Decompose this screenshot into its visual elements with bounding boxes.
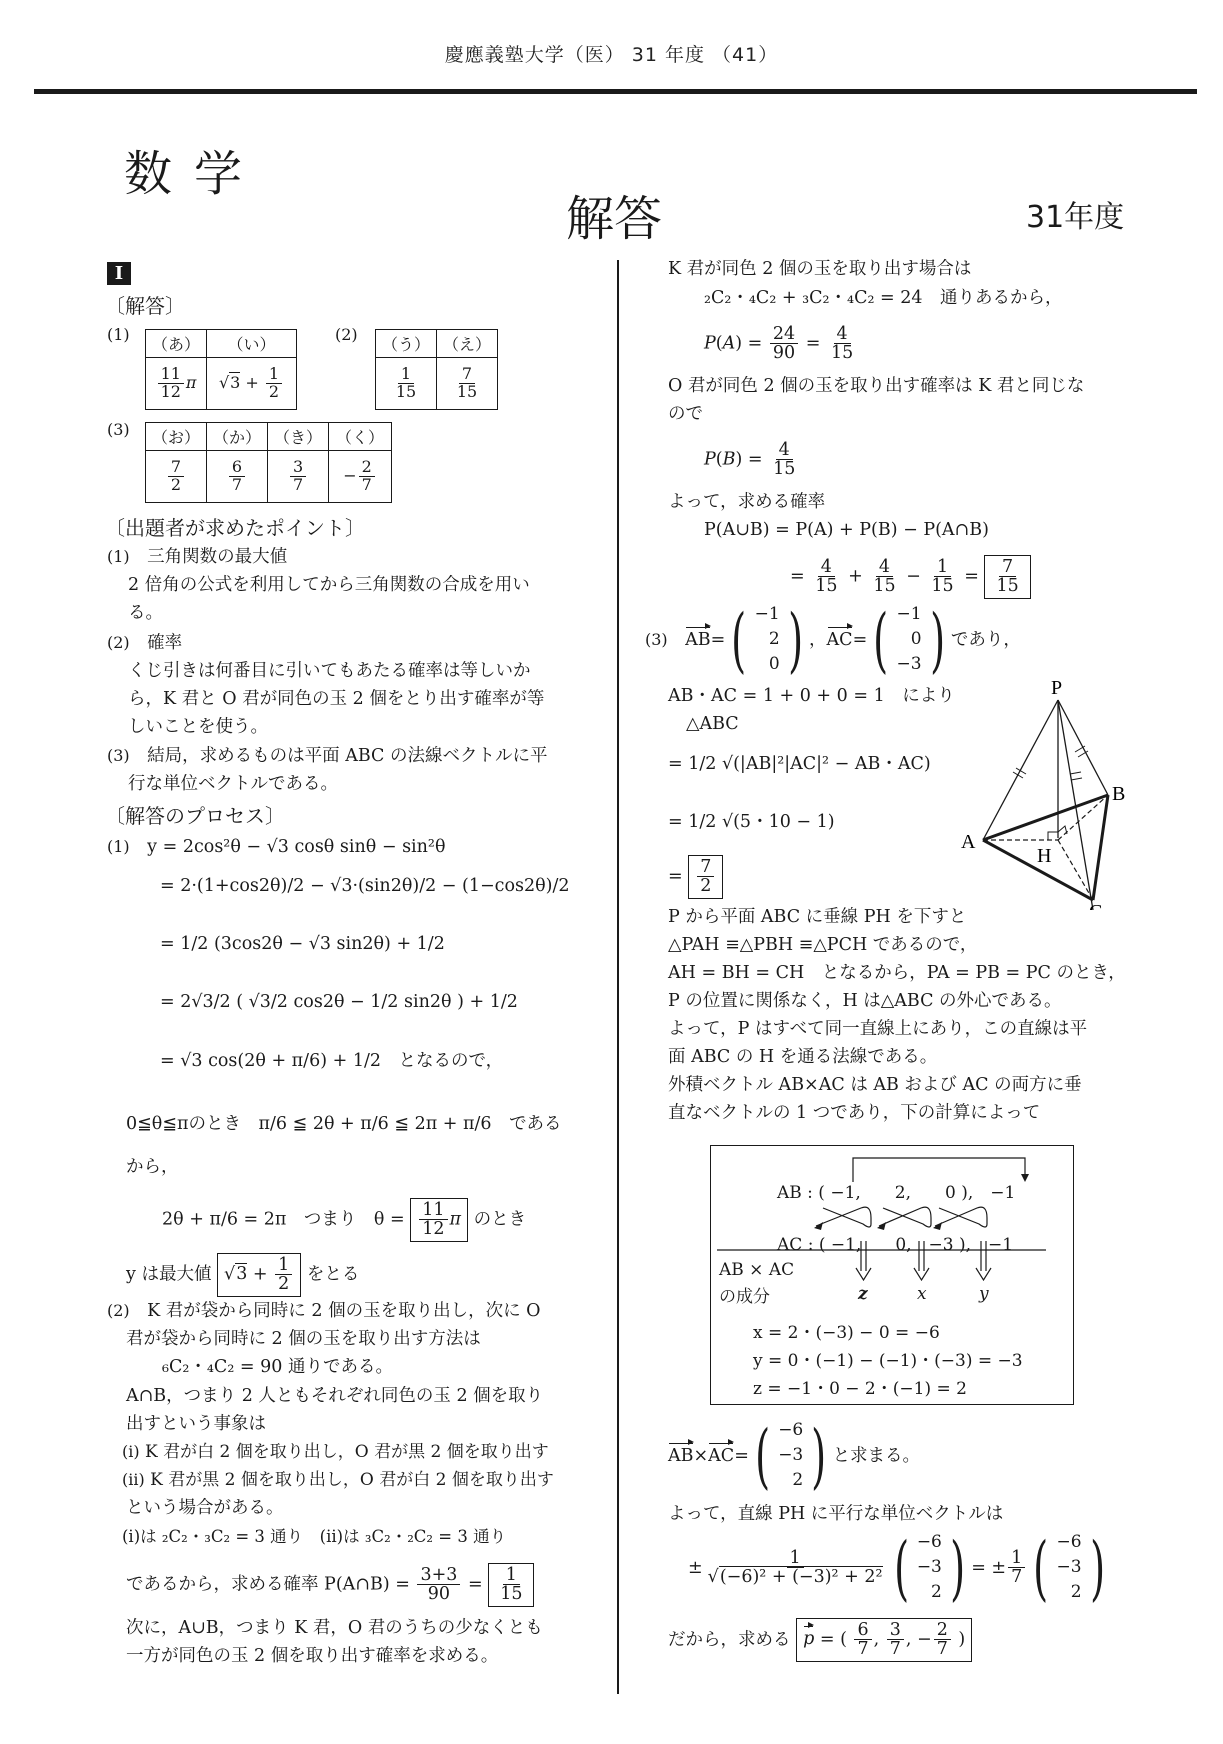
answer-e: 715 — [437, 358, 498, 410]
vertex-label-b: B — [1112, 783, 1125, 805]
point-text: 行な単位ベクトルである。 — [128, 770, 338, 798]
result-label: AB × AC — [719, 1260, 794, 1280]
answer-u: 115 — [376, 358, 437, 410]
point-text: しいことを使う。 — [128, 713, 268, 741]
point-text: ら，K 君と O 君が同色の玉 2 個をとり出す確率が等 — [128, 685, 544, 713]
union-calc-line: = 415 + 415 − 115 = 715 — [790, 555, 1031, 599]
range-line: 0≦θ≦πのとき π/6 ≦ 2θ + π/6 ≦ 2π + π/6 である — [126, 1110, 562, 1138]
vector-ac: (−10−3) — [867, 602, 951, 677]
vec-item: −3 — [897, 652, 922, 677]
problem-number-badge: I — [107, 262, 131, 285]
vec-item: −3 — [778, 1443, 803, 1468]
boxed-answer-p-union: 715 — [984, 555, 1030, 599]
vector-ab: (−120) — [725, 602, 809, 677]
case-label: (i) — [122, 1442, 140, 1461]
answer-table-2: （う）（え） 115 715 — [375, 329, 498, 410]
text: 出すという事象は — [126, 1410, 266, 1438]
text: 外積ベクトル AB×AC は AB および AC の両方に垂 — [668, 1071, 1082, 1099]
text: O 君が同色 2 個の玉を取り出す確率は K 君と同じな — [668, 372, 1084, 400]
text: 次に，A∪B，つまり K 君，O 君のうちの少なくとも — [126, 1614, 543, 1642]
vec-item: −6 — [1057, 1530, 1082, 1555]
text: 君が袋から同時に 2 個の玉を取り出す方法は — [126, 1325, 481, 1353]
case-ii: (ii) K 君が黒 2 個を取り出し，O 君が白 2 個を取り出す — [122, 1466, 554, 1494]
vector-ac-label: AC — [708, 1442, 734, 1470]
table-header: （う） — [376, 330, 437, 358]
equation: ₆C₂・₄C₂ = 90 通りである。 — [162, 1353, 393, 1381]
table-header: （く） — [329, 423, 392, 451]
answer-ki: 37 — [268, 451, 329, 503]
unit-vec-col: (−6−32) — [888, 1530, 972, 1605]
header-rule — [34, 89, 1197, 94]
case-text: K 君が黒 2 個を取り出し，O 君が白 2 個を取り出す — [150, 1470, 554, 1490]
text: 直なベクトルの 1 つであり，下の計算によって — [668, 1099, 1040, 1127]
max-value-line: y は最大値 √3 + 12 をとる — [126, 1253, 359, 1297]
p-intersect-line: であるから，求める確率 P(A∩B) = 3+390 = 115 — [126, 1563, 534, 1607]
vec-item: 2 — [792, 1468, 803, 1493]
table-header: （か） — [207, 423, 268, 451]
vectors-line: (3) AB = (−120)， AC = (−10−3) であり， — [645, 602, 1021, 677]
vec-item: −6 — [778, 1418, 803, 1443]
vec-item: 2 — [769, 627, 780, 652]
subject-title: 数学 — [124, 135, 264, 204]
equation: = 1/2 √(|AB|²|AC|² − AB・AC) — [668, 750, 931, 778]
text: よって，求める確率 — [668, 488, 825, 516]
process1-eq1: (1) y = 2cos²θ − √3 cosθ sinθ − sin²θ — [107, 833, 445, 861]
year-label: 31年度 — [1026, 192, 1124, 236]
component-x: x — [917, 1284, 927, 1304]
z-equation: z = −1・0 − 2・(−1) = 2 — [753, 1374, 967, 1399]
point-title: 確率 — [147, 633, 182, 653]
text: という場合がある。 — [126, 1494, 284, 1522]
range-eq: π/6 ≦ 2θ + π/6 ≦ 2π + π/6 — [259, 1114, 492, 1134]
answer-table-1: （あ）（い） 1112π √3 + 12 — [145, 329, 297, 410]
boxed-answer-theta: 1112π — [410, 1198, 468, 1242]
text: のとき — [474, 1209, 527, 1229]
point-2: (2) 確率 — [107, 629, 182, 657]
section-title: 解答 — [566, 180, 662, 249]
equation-tail: となるので， — [399, 1051, 504, 1071]
point-title: 三角関数の最大値 — [147, 547, 287, 567]
text: A∩B，つまり 2 人ともそれぞれ同色の玉 2 個を取り — [126, 1382, 543, 1410]
equation: = 2√3/2 ( √3/2 cos2θ − 1/2 sin2θ ) + 1/2 — [160, 988, 518, 1016]
range-lead: 0≦θ≦πのとき — [126, 1114, 241, 1134]
vertex-label-h: H — [1037, 845, 1051, 867]
vector-ab-label: AB — [685, 626, 711, 654]
vec-item: 2 — [1071, 1580, 1082, 1605]
point-3: (3) 結局，求めるものは平面 ABC の法線ベクトルに平 — [107, 742, 548, 770]
range-tail: である — [509, 1114, 562, 1134]
text: だから，求める — [668, 1626, 791, 1654]
text: y は最大値 — [126, 1264, 211, 1284]
cross-result-vector: (−6−32) — [749, 1418, 833, 1493]
dot-line: AB・AC = 1 + 0 + 0 = 1 により — [668, 682, 955, 710]
answer-heading: 〔解答〕 — [105, 290, 185, 319]
result-label: の成分 — [719, 1282, 770, 1307]
ac-row: AC : ( −1, 0, −3 ), −1 — [777, 1230, 1013, 1255]
process2-intro: (2) K 君が袋から同時に 2 個の玉を取り出し，次に O — [107, 1297, 540, 1325]
text: K 君が同色 2 個の玉を取り出す場合は — [668, 255, 971, 283]
running-header: 慶應義塾大学（医） 31 年度 （41） — [0, 40, 1223, 67]
text: P の位置に関係なく，H は△ABC の外心である。 — [668, 987, 1062, 1015]
text: AH = BH = CH となるから，PA = PB = PC のとき， — [668, 959, 1126, 987]
text: よって，P はすべて同一直線上にあり，この直線は平 — [668, 1015, 1087, 1043]
text: △ABC — [686, 710, 739, 738]
pB-line: P(B) = 415 — [704, 441, 800, 479]
equation: (i)は ₂C₂・₃C₂ = 3 通り (ii)は ₃C₂・₂C₂ = 3 通り — [122, 1523, 506, 1551]
vec-item: −1 — [755, 602, 780, 627]
text: 一方が同色の玉 2 個を取り出す確率を求める。 — [126, 1642, 498, 1670]
answer-ka: 67 — [207, 451, 268, 503]
text: △PAH ≡△PBH ≡△PCH であるので， — [668, 931, 977, 959]
vertex-label-c: C — [1089, 901, 1102, 910]
answer-a: 1112π — [146, 358, 207, 410]
text: P から平面 ABC に垂線 PH を下すと — [668, 903, 966, 931]
text: をとる — [307, 1264, 360, 1284]
case-text: K 君が白 2 個を取り出し，O 君が黒 2 個を取り出す — [145, 1442, 549, 1462]
answer-label-2: (2) — [335, 325, 358, 344]
point-title: 結局，求めるものは平面 ABC の法線ベクトルに平 — [147, 746, 547, 766]
answer-i: √3 + 12 — [207, 358, 297, 410]
point-text: る。 — [128, 599, 163, 627]
text: であり， — [951, 626, 1021, 654]
text: 面 ABC の H を通る法線である。 — [668, 1043, 937, 1071]
text: により — [902, 686, 955, 706]
text: つまり — [304, 1209, 357, 1229]
point-label: (2) — [107, 633, 130, 652]
answer-label-1: (1) — [107, 325, 130, 344]
vec-item: −3 — [917, 1555, 942, 1580]
y-equation: y = 0・(−1) − (−1)・(−3) = −3 — [753, 1346, 1023, 1371]
component-z: z — [858, 1284, 868, 1304]
table-header: （あ） — [146, 330, 207, 358]
equation: ₂C₂・₄C₂ + ₃C₂・₄C₂ = 24 通りあるから， — [704, 284, 1063, 312]
equation: = 1/2 (3cos2θ − √3 sin2θ) + 1/2 — [160, 930, 445, 958]
text: K 君が袋から同時に 2 個の玉を取り出し，次に O — [147, 1301, 540, 1321]
case-i: (i) K 君が白 2 個を取り出し，O 君が黒 2 個を取り出す — [122, 1438, 549, 1466]
answer-ku: −27 — [329, 451, 392, 503]
unit-vec-col: (−6−32) — [1027, 1530, 1111, 1605]
column-divider — [617, 260, 619, 1694]
equation: = 1/2 √(5・10 − 1) — [668, 808, 835, 836]
equation: 2θ + π/6 = 2π — [162, 1209, 286, 1229]
ab-row: AB : ( −1, 2, 0 ), −1 — [777, 1178, 1015, 1203]
point-text: くじ引きは何番目に引いてもあたる確率は等しいか — [128, 657, 531, 685]
vertex-label-a: A — [961, 831, 976, 853]
vec-item: 0 — [769, 652, 780, 677]
point-text: 2 倍角の公式を利用してから三角関数の合成を用い — [128, 571, 530, 599]
boxed-answer-max: √3 + 12 — [217, 1253, 301, 1297]
vec-item: −1 — [897, 602, 922, 627]
equation: y = 2cos²θ − √3 cosθ sinθ − sin²θ — [147, 837, 445, 857]
cross-result-line: AB×AC = (−6−32) と求まる。 — [668, 1418, 920, 1493]
area-result: = 72 — [668, 855, 723, 899]
equation: AB・AC = 1 + 0 + 0 = 1 — [668, 686, 885, 706]
vec-item: −3 — [1057, 1555, 1082, 1580]
answer-table-3: （お） （か） （き） （く） 72 67 37 −27 — [145, 422, 392, 503]
equation: = √3 cos(2θ + π/6) + 1/2 — [160, 1051, 381, 1071]
boxed-answer-unit-vector: p = ( 67, 37, −27 ) — [796, 1618, 972, 1662]
answer-o: 72 — [146, 451, 207, 503]
table-header: （き） — [268, 423, 329, 451]
point-label: (1) — [107, 547, 130, 566]
vector-ab-label: AB — [668, 1442, 694, 1470]
vector-ac-label: AC — [827, 626, 853, 654]
equation: = 2·(1+cos2θ)/2 − √3·(sin2θ)/2 − (1−cos2… — [160, 872, 570, 900]
vec-item: 0 — [911, 627, 922, 652]
answer-label-3: (3) — [107, 420, 130, 439]
point-label: (3) — [107, 746, 130, 765]
process-heading: 〔解答のプロセス〕 — [105, 800, 285, 829]
text: であるから，求める確率 P(A∩B) = — [126, 1574, 410, 1594]
vec-item: −6 — [917, 1530, 942, 1555]
tetrahedron-diagram: P A B C H — [955, 680, 1125, 910]
points-heading: 〔出題者が求めたポイント〕 — [105, 512, 365, 541]
max-condition-line: 2θ + π/6 = 2π つまり θ = 1112π のとき — [162, 1198, 526, 1242]
table-header: （い） — [207, 330, 297, 358]
text: ので — [668, 400, 703, 428]
text: と求まる。 — [833, 1442, 921, 1470]
pA-line: P(A) = 2490 = 415 — [704, 325, 858, 363]
boxed-answer-area: 72 — [688, 855, 723, 899]
process-label: (3) — [645, 626, 668, 654]
cross-product-box: AB : ( −1, 2, 0 ), −1 AC : ( −1, 0, −3 )… — [710, 1145, 1074, 1405]
vertex-label-p: P — [1051, 680, 1062, 699]
table-header: （え） — [437, 330, 498, 358]
process-label: (2) — [107, 1301, 130, 1320]
x-equation: x = 2・(−3) − 0 = −6 — [753, 1318, 940, 1343]
equation: θ = — [374, 1209, 405, 1229]
text: よって，直線 PH に平行な単位ベクトルは — [668, 1500, 1003, 1528]
process-label: (1) — [107, 837, 130, 856]
component-y: y — [979, 1284, 989, 1304]
boxed-answer-p-intersect: 115 — [488, 1563, 534, 1607]
equation-line-5: = √3 cos(2θ + π/6) + 1/2 となるので， — [160, 1047, 503, 1075]
equation: P(A∪B) = P(A) + P(B) − P(A∩B) — [704, 516, 989, 544]
final-answer-line: だから，求める p = ( 67, 37, −27 ) — [668, 1618, 972, 1662]
unit-vector-line: ±1√(−6)² + (−3)² + 2² (−6−32) = ±17 (−6−… — [688, 1530, 1111, 1605]
text: から， — [126, 1153, 179, 1181]
point-1: (1) 三角関数の最大値 — [107, 543, 287, 571]
vec-item: 2 — [931, 1580, 942, 1605]
case-label: (ii) — [122, 1470, 145, 1489]
table-header: （お） — [146, 423, 207, 451]
